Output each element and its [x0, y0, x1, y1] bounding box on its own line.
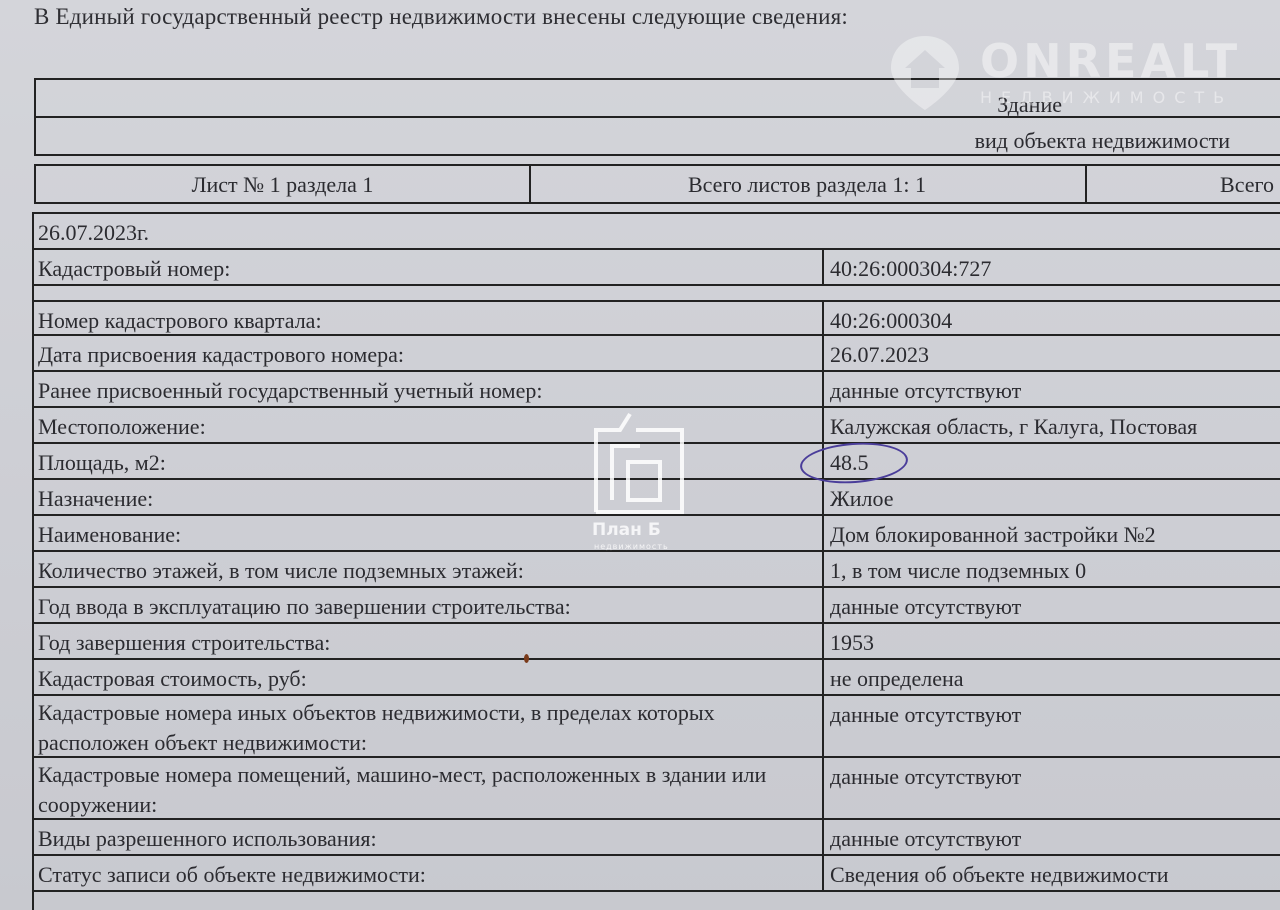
- row-value: Жилое: [826, 484, 1280, 514]
- row-value: данные отсутствуют: [826, 824, 1280, 854]
- cadastral-number-row: Кадастровый номер: 40:26:000304:727: [34, 250, 1280, 286]
- sheet-info-block: Лист № 1 раздела 1 Всего листов раздела …: [34, 164, 1280, 204]
- row-value: данные отсутствуют: [826, 376, 1280, 406]
- total-sheets: Всего: [1085, 170, 1280, 202]
- row-label: Местоположение:: [34, 412, 822, 442]
- row-label: Кадастровые номера помещений, машино-мес…: [34, 758, 822, 818]
- row-label: Дата присвоения кадастрового номера:: [34, 340, 822, 370]
- table-row: Кадастровая стоимость, руб:не определена: [34, 660, 1280, 696]
- table-row: Наименование:Дом блокированной застройки…: [34, 516, 1280, 552]
- table-row: Количество этажей, в том числе подземных…: [34, 552, 1280, 588]
- cadastral-number-label: Кадастровый номер:: [34, 254, 822, 284]
- sheet-number: Лист № 1 раздела 1: [36, 170, 529, 202]
- table-row: Кадастровые номера помещений, машино-мес…: [34, 758, 1280, 820]
- row-label: Количество этажей, в том числе подземных…: [34, 556, 822, 586]
- record-date: 26.07.2023г.: [34, 218, 153, 248]
- property-table: 26.07.2023г. Кадастровый номер: 40:26:00…: [32, 212, 1280, 910]
- object-type-block: Здание вид объекта недвижимости: [34, 78, 1280, 156]
- row-label: Кадастровые номера иных объектов недвижи…: [34, 696, 822, 756]
- ink-spot: [524, 654, 529, 663]
- object-type: Здание: [36, 90, 1280, 116]
- object-type-caption: вид объекта недвижимости: [36, 126, 1280, 156]
- row-label: Год ввода в эксплуатацию по завершении с…: [34, 592, 822, 622]
- table-row: Кадастровые номера иных объектов недвижи…: [34, 696, 1280, 758]
- table-row: Назначение:Жилое: [34, 480, 1280, 516]
- table-row: Дата присвоения кадастрового номера:26.0…: [34, 336, 1280, 372]
- row-label: Наименование:: [34, 520, 822, 550]
- table-row: Виды разрешенного использования:данные о…: [34, 820, 1280, 856]
- row-label: Назначение:: [34, 484, 822, 514]
- row-value: 1, в том числе подземных 0: [826, 556, 1280, 586]
- row-label: Площадь, м2:: [34, 448, 822, 478]
- cadastral-number-value: 40:26:000304:727: [826, 254, 1280, 284]
- row-label: Виды разрешенного использования:: [34, 824, 822, 854]
- row-value: не определена: [826, 664, 1280, 694]
- row-value: 26.07.2023: [826, 340, 1280, 370]
- table-row: Статус записи об объекте недвижимости:Св…: [34, 856, 1280, 892]
- table-row: Местоположение:Калужская область, г Калу…: [34, 408, 1280, 444]
- row-value: 48.5: [826, 448, 1280, 478]
- table-row: Ранее присвоенный государственный учетны…: [34, 372, 1280, 408]
- row-label: Ранее присвоенный государственный учетны…: [34, 376, 822, 406]
- table-row: Номер кадастрового квартала:40:26:000304: [34, 300, 1280, 336]
- row-value: данные отсутствуют: [826, 592, 1280, 622]
- row-value: данные отсутствуют: [826, 762, 1280, 818]
- row-value: Дом блокированной застройки №2: [826, 520, 1280, 550]
- table-row: Год завершения строительства:1953: [34, 624, 1280, 660]
- object-type-caption-row: вид объекта недвижимости: [36, 118, 1280, 156]
- table-row: Год ввода в эксплуатацию по завершении с…: [34, 588, 1280, 624]
- total-sheets-section: Всего листов раздела 1: 1: [529, 170, 1085, 202]
- row-value: данные отсутствуют: [826, 700, 1280, 756]
- row-value: 1953: [826, 628, 1280, 658]
- row-label: Год завершения строительства:: [34, 628, 822, 658]
- row-label: Кадастровая стоимость, руб:: [34, 664, 822, 694]
- row-value: Калужская область, г Калуга, Постовая: [826, 412, 1280, 442]
- row-label: Номер кадастрового квартала:: [34, 306, 822, 334]
- table-row: Площадь, м2:48.5: [34, 444, 1280, 480]
- object-type-row: Здание: [36, 80, 1280, 118]
- date-row: 26.07.2023г.: [34, 214, 1280, 250]
- row-value: 40:26:000304: [826, 306, 1280, 334]
- row-value: Сведения об объекте недвижимости: [826, 860, 1280, 890]
- intro-text: В Единый государственный реестр недвижим…: [34, 4, 848, 30]
- row-label: Статус записи об объекте недвижимости:: [34, 860, 822, 890]
